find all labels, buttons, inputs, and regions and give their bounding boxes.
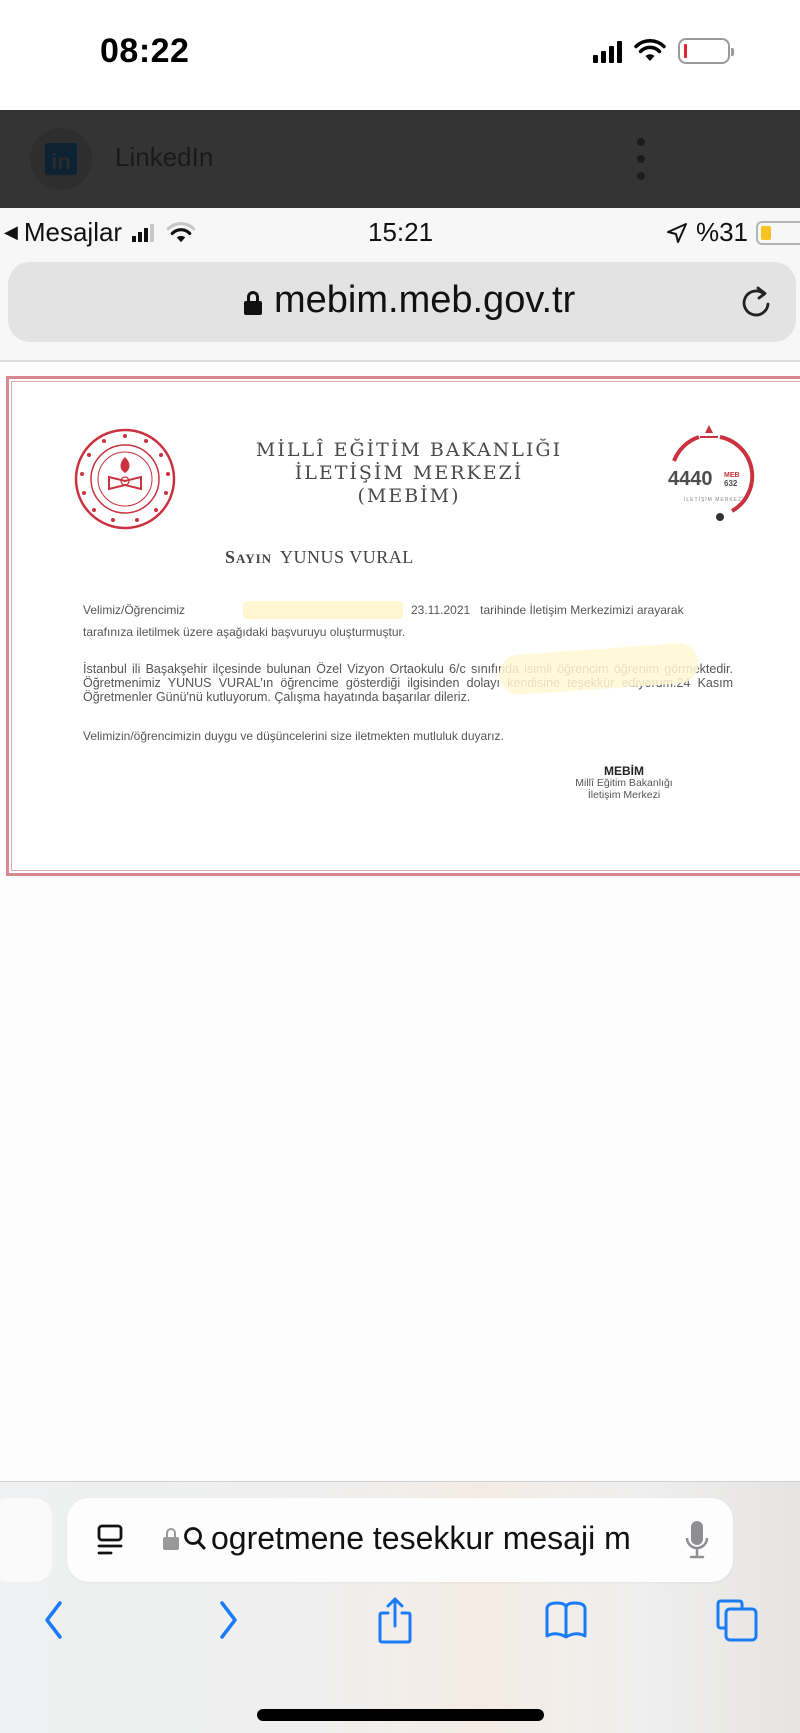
- inner-signal-icon: [132, 224, 154, 242]
- inner-address-bar: mebim.meb.gov.tr: [8, 262, 796, 342]
- inner-back-to-messages: ◀ Mesajlar: [4, 217, 196, 248]
- recipient-name: YUNUS VURAL: [280, 547, 414, 567]
- p1-rest: tarihinde İletişim Merkezimizi arayarak: [480, 599, 683, 621]
- search-icon: [183, 1526, 207, 1552]
- inner-status-bar: ◀ Mesajlar 15:21 %31: [0, 208, 800, 258]
- share-button[interactable]: [365, 1590, 425, 1650]
- signature-line-1: Millî Eğitim Bakanlığı: [549, 777, 699, 789]
- app-header: in LinkedIn: [0, 110, 800, 208]
- safari-bottom-bar: ogretmene tesekkur mesaji m: [0, 1481, 800, 1733]
- letter-signature: MEBİM Millî Eğitim Bakanlığı İletişim Me…: [549, 765, 699, 801]
- letter-paragraph-3: Velimizin/öğrencimizin duygu ve düşüncel…: [83, 729, 504, 743]
- inner-url-display: mebim.meb.gov.tr: [244, 279, 575, 322]
- forward-button[interactable]: [198, 1590, 258, 1650]
- device-time: 08:22: [100, 32, 189, 71]
- inner-status-right: %31: [666, 217, 800, 248]
- inner-time: 15:21: [368, 217, 433, 248]
- device-status-bar: 08:22: [0, 0, 800, 110]
- microphone-icon[interactable]: [685, 1520, 709, 1560]
- location-arrow-icon: [666, 222, 688, 244]
- letter-title: MİLLÎ EĞİTİM BAKANLIĞI İLETİŞİM MERKEZİ …: [189, 439, 629, 508]
- svg-text:632: 632: [724, 479, 738, 488]
- logo-number: 4440: [668, 468, 713, 490]
- title-line-2: İLETİŞİM MERKEZİ: [189, 462, 629, 485]
- linkedin-icon: in: [45, 143, 77, 175]
- search-query-display[interactable]: ogretmene tesekkur mesaji m: [163, 1520, 663, 1557]
- home-indicator[interactable]: [257, 1709, 544, 1721]
- meb-seal-logo: [73, 427, 177, 531]
- inner-back-label: Mesajlar: [24, 217, 122, 248]
- letter-paragraph-1: Velimiz/Öğrencimiz 23.11.2021 tarihinde …: [83, 599, 733, 643]
- request-date: 23.11.2021: [411, 599, 470, 621]
- book-icon: [543, 1600, 589, 1640]
- search-query-text: ogretmene tesekkur mesaji m: [211, 1520, 631, 1557]
- battery-icon: [678, 38, 730, 64]
- linkedin-logo-button[interactable]: in: [30, 128, 92, 190]
- inner-battery-percent: %31: [696, 217, 748, 248]
- salutation: SayınYUNUS VURAL: [225, 547, 414, 568]
- safari-toolbar: [0, 1590, 800, 1650]
- more-options-icon[interactable]: [636, 138, 646, 180]
- chevron-right-icon: [216, 1600, 240, 1640]
- salutation-prefix: Sayın: [225, 547, 272, 567]
- inner-browser-address-area: mebim.meb.gov.tr: [0, 258, 800, 362]
- alo-4440632-logo: 4440 MEB 632 İLETİŞİM MERKEZİ: [654, 421, 764, 531]
- signature-title: MEBİM: [549, 765, 699, 777]
- status-icons: [593, 38, 730, 64]
- reload-icon: [738, 284, 774, 320]
- reader-mode-icon[interactable]: [97, 1524, 123, 1556]
- wifi-icon: [634, 39, 666, 63]
- chevron-left-icon: [42, 1600, 66, 1640]
- address-search-field[interactable]: ogretmene tesekkur mesaji m: [67, 1498, 733, 1582]
- svg-text:İLETİŞİM MERKEZİ: İLETİŞİM MERKEZİ: [684, 496, 744, 503]
- cellular-signal-icon: [593, 39, 622, 63]
- app-title: LinkedIn: [115, 142, 213, 173]
- bookmarks-button[interactable]: [536, 1590, 596, 1650]
- redacted-name: [243, 601, 403, 619]
- svg-text:MEB: MEB: [724, 472, 740, 479]
- lock-icon: [244, 291, 262, 315]
- back-button[interactable]: [24, 1590, 84, 1650]
- tabs-button[interactable]: [707, 1590, 767, 1650]
- share-icon: [377, 1596, 413, 1644]
- lock-icon: [163, 1528, 179, 1550]
- p1-label: Velimiz/Öğrencimiz: [83, 599, 243, 621]
- signature-line-2: İletişim Merkezi: [549, 789, 699, 801]
- title-line-1: MİLLÎ EĞİTİM BAKANLIĞI: [189, 439, 629, 462]
- p1-line-2: tarafınıza iletilmek üzere aşağıdaki baş…: [83, 621, 733, 643]
- previous-tab-preview[interactable]: [0, 1498, 52, 1582]
- mebim-letter: MİLLÎ EĞİTİM BAKANLIĞI İLETİŞİM MERKEZİ …: [6, 376, 800, 876]
- title-line-3: (MEBİM): [189, 485, 629, 508]
- screen: 08:22 in LinkedIn ◀ Mesajlar: [0, 0, 800, 1733]
- back-triangle-icon: ◀: [4, 222, 18, 243]
- inner-battery-icon: [756, 221, 800, 245]
- tabs-icon: [715, 1598, 759, 1642]
- inner-wifi-icon: [166, 222, 196, 244]
- inner-url-text: mebim.meb.gov.tr: [274, 279, 575, 322]
